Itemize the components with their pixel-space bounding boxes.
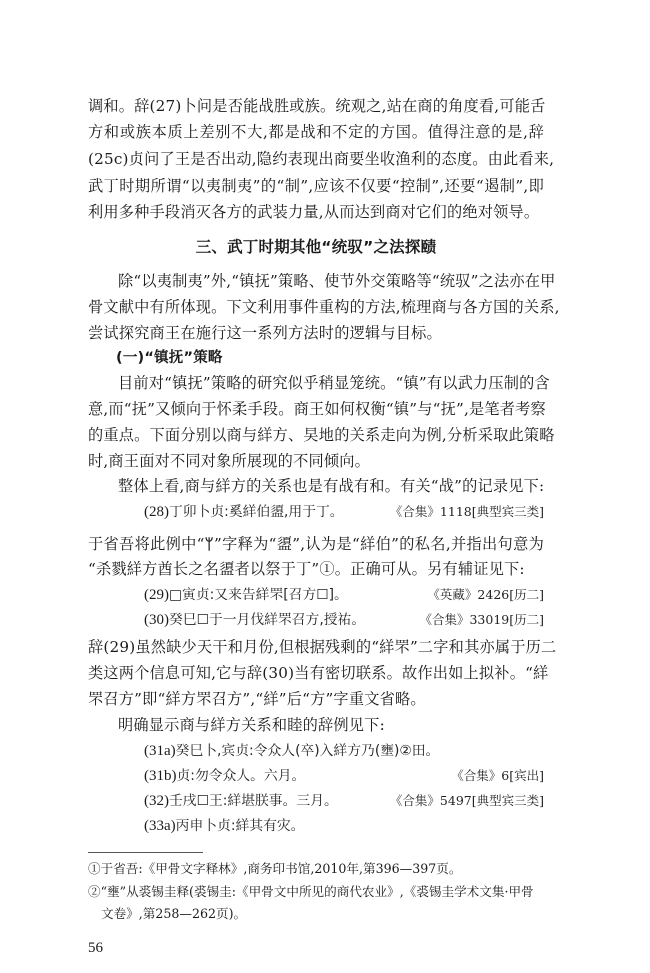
- body-text-line: “杀戮絴方酋长之名盨者以祭于丁”①。正确可从。另有辅证见下:: [88, 559, 544, 579]
- example-number: (31a): [144, 743, 176, 759]
- body-text-line: 的重点。下面分别以商与絴方、旲地的关系走向为例,分析采取此策略: [88, 425, 544, 445]
- footnote-marker: ②: [88, 884, 101, 899]
- example-text: 贞:勿令众人。六月。: [177, 768, 306, 784]
- example-number: (30): [144, 612, 169, 628]
- example-number: (32): [144, 793, 169, 809]
- page-number: 56: [88, 940, 103, 957]
- body-text-line: (25c)贞问了王是否出动,隐约表现出商要坐收渔利的态度。由此看来,: [88, 149, 544, 169]
- body-text-line: 时,商王面对不同对象所展现的不同倾向。: [88, 451, 544, 471]
- footnote: ②“壅”从裘锡圭释(裘锡圭:《甲骨文中所见的商代农业》,《裘锡圭学术文集·甲骨: [88, 883, 544, 901]
- inscription-example: (30)癸巳☐于一月伐絴罘召方,授祐。 《合集》33019[历二]: [144, 610, 544, 630]
- example-source: 《合集》6[宾出]: [451, 766, 544, 786]
- example-text: 癸巳☐于一月伐絴罘召方,授祐。: [169, 612, 365, 628]
- text-segment: ”字释为“盨”,认为是“絴伯”的私名,并指出句意为: [214, 535, 544, 553]
- body-text-line: 调和。辞(27)卜问是否能战胜或族。统观之,站在商的角度看,可能舌: [88, 96, 544, 116]
- inscription-example: (31b)贞:勿令众人。六月。 《合集》6[宾出]: [144, 766, 544, 786]
- footnote-divider: [88, 852, 203, 853]
- body-text-line: 方和或族本质上差别不大,都是战和不定的方国。值得注意的是,辞: [88, 122, 544, 142]
- footnote: ①于省吾:《甲骨文字释林》,商务印书馆,2010年,第396—397页。: [88, 860, 544, 878]
- body-text-line: 整体上看,商与絴方的关系也是有战有和。有关“战”的记录见下:: [88, 476, 544, 496]
- example-text: □寅贞:又来告絴罘[召方☐]。: [169, 587, 348, 603]
- inscription-example: (28)丁卯卜贞:奚絴伯盨,用于丁。 《合集》1118[典型宾三类]: [144, 502, 544, 522]
- oracle-bone-glyph-icon: ᛘ: [205, 534, 214, 554]
- example-number: (33a): [144, 818, 176, 834]
- body-text-line: 类这两个信息可知,它与辞(30)当有密切联系。故作出如上拟补。“絴: [88, 663, 544, 683]
- example-text: 癸巳卜,宾贞:令众人𠦪(卒)入絴方乃𢀛(壅)②田。: [176, 743, 440, 759]
- body-text-line: 辞(29)虽然缺少天干和月份,但根据残剩的“絴罘”二字和其亦属于历二: [88, 637, 544, 657]
- example-number: (31b): [144, 768, 177, 784]
- inscription-example: (33a)丙申卜贞:絴其有灾。: [144, 816, 544, 836]
- example-number: (28): [144, 504, 169, 520]
- body-text-line: 明确显示商与絴方关系和睦的辞例见下:: [88, 715, 544, 735]
- section-heading: 三、武丁时期其他“统驭”之法探赜: [88, 237, 544, 257]
- footnote-text: “壅”从裘锡圭释(裘锡圭:《甲骨文中所见的商代农业》,《裘锡圭学术文集·甲骨: [101, 884, 534, 899]
- body-text-line: 罘召方”即“絴方罘召方”,“絴”后“方”字重文省略。: [88, 689, 544, 709]
- example-text: 壬戌☐王:絴堪朕事。三月。: [169, 793, 338, 809]
- body-text-line: 意,而“抚”又倾向于怀柔手段。商王如何权衡“镇”与“抚”,是笔者考察: [88, 399, 544, 419]
- body-text-line: 武丁时期所谓“以夷制夷”的“制”,应该不仅要“控制”,还要“遏制”,即: [88, 176, 544, 196]
- subsection-heading: (一)“镇抚”策略: [88, 348, 572, 368]
- body-text-line: 尝试探究商王在施行这一系列方法时的逻辑与目标。: [88, 323, 544, 343]
- example-text: 丁卯卜贞:奚絴伯盨,用于丁。: [169, 504, 344, 520]
- body-text-line: 于省吾将此例中“ᛘ”字释为“盨”,认为是“絴伯”的私名,并指出句意为: [88, 534, 544, 554]
- footnote-marker: ①: [88, 861, 101, 876]
- body-text-line: 利用多种手段消灭各方的武装力量,从而达到商对它们的绝对领导。: [88, 202, 544, 222]
- body-text-line: 目前对“镇抚”策略的研究似乎稍显笼统。“镇”有以武力压制的含: [88, 373, 544, 393]
- example-source: 《英藏》2426[历二]: [427, 585, 544, 605]
- example-source: 《合集》33019[历二]: [419, 610, 544, 630]
- text-segment: 于省吾将此例中“: [88, 535, 205, 553]
- example-text: 丙申卜贞:絴其有灾。: [176, 818, 305, 834]
- example-number: (29): [144, 587, 169, 603]
- body-text-line: 除“以夷制夷”外,“镇抚”策略、使节外交策略等“统驭”之法亦在甲: [88, 271, 544, 291]
- example-source: 《合集》1118[典型宾三类]: [390, 502, 544, 522]
- inscription-example: (31a)癸巳卜,宾贞:令众人𠦪(卒)入絴方乃𢀛(壅)②田。: [144, 741, 544, 761]
- inscription-example: (32)壬戌☐王:絴堪朕事。三月。 《合集》5497[典型宾三类]: [144, 791, 544, 811]
- example-source: 《合集》5497[典型宾三类]: [390, 791, 544, 811]
- footnote-continuation: 文卷》,第258—262页)。: [88, 905, 557, 923]
- inscription-example: (29)□寅贞:又来告絴罘[召方☐]。 《英藏》2426[历二]: [144, 585, 544, 605]
- body-text-line: 骨文献中有所体现。下文利用事件重构的方法,梳理商与各方国的关系,: [88, 297, 544, 317]
- footnote-text: 于省吾:《甲骨文字释林》,商务印书馆,2010年,第396—397页。: [101, 861, 462, 876]
